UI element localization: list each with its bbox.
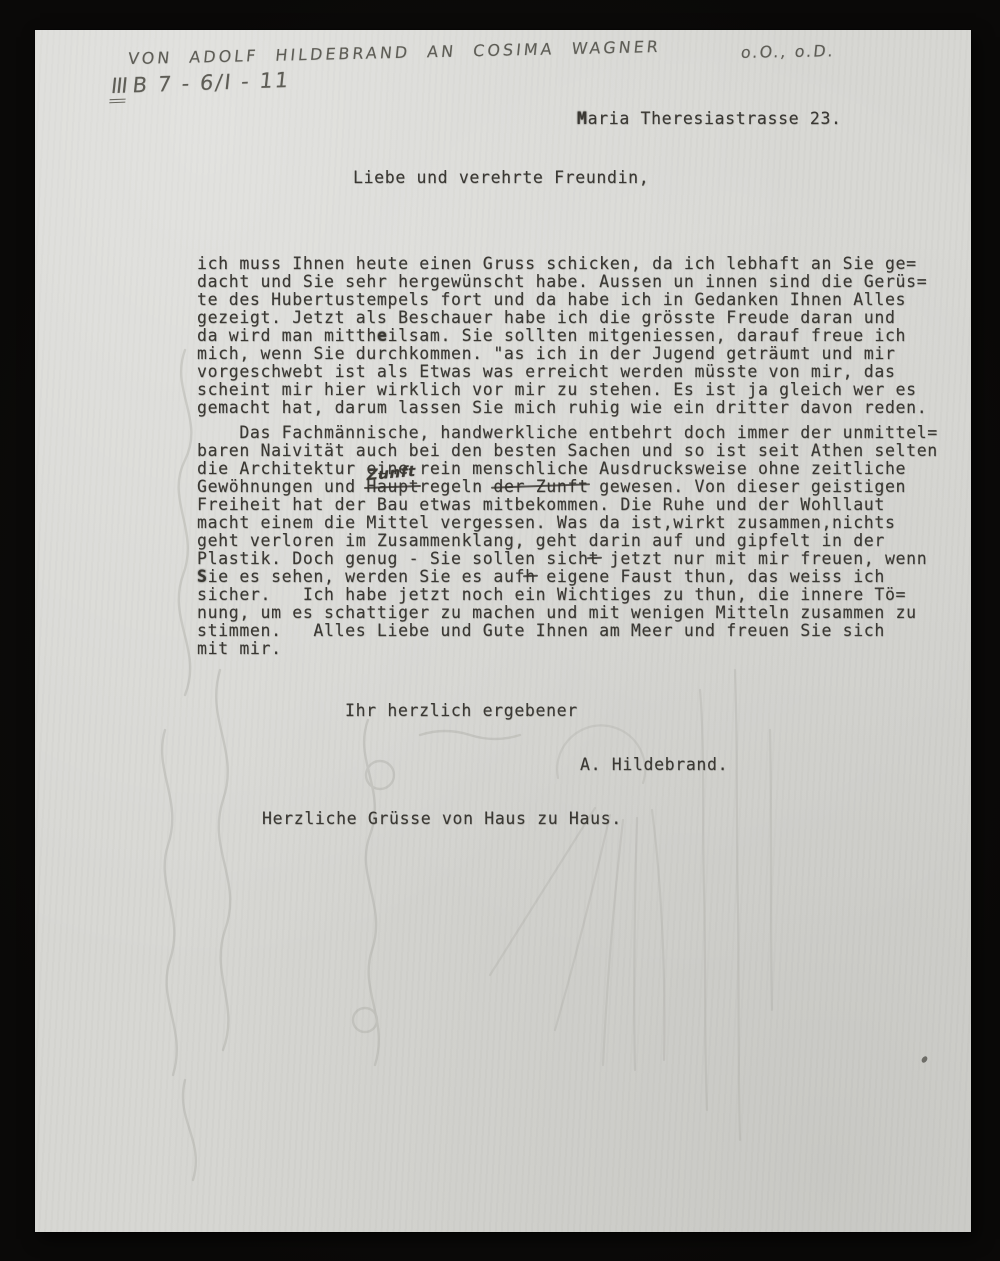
typed-line: baren Naivität auch bei den besten Sache… xyxy=(197,442,938,460)
typed-line: Plastik. Doch genug - Sie sollen sicht j… xyxy=(197,550,938,568)
typed-line: vorgeschwebt ist als Etwas was erreicht … xyxy=(197,363,938,381)
handwritten-correction: Zunft xyxy=(365,462,417,484)
archivist-note-no-place-no-date: o.O., o.D. xyxy=(740,41,836,62)
letter-signature: A. Hildebrand. xyxy=(580,756,938,774)
typed-line: gemacht hat, darum lassen Sie mich ruhig… xyxy=(197,399,938,417)
letter-closing: Ihr herzlich ergebener xyxy=(345,702,938,720)
archive-roman-numeral: III xyxy=(109,74,128,104)
typed-line: ich muss Ihnen heute einen Gruss schicke… xyxy=(197,255,938,273)
typed-line: mich, wenn Sie durchkommen. "as ich in d… xyxy=(197,345,938,363)
typed-line: gezeigt. Jetzt als Beschauer habe ich di… xyxy=(197,309,938,327)
typed-line: macht einem die Mittel vergessen. Was da… xyxy=(197,514,938,532)
typed-line: Sie es sehen, werden Sie es aufh eigene … xyxy=(197,568,938,586)
letter-salutation: Liebe und verehrte Freundin, xyxy=(353,169,649,187)
letter-closing-block: Ihr herzlich ergebener A. Hildebrand. He… xyxy=(197,666,938,864)
scanned-letter: VON ADOLF HILDEBRAND AN COSIMA WAGNER o.… xyxy=(0,0,1000,1261)
typed-line: Gewöhnungen und HauptZunftregeln der Zun… xyxy=(197,478,938,496)
archive-shelfmark: IIIB 7 - 6/I - 11 xyxy=(110,68,292,98)
typed-line: Das Fachmännische, handwerkliche entbehr… xyxy=(197,424,938,442)
typed-line: nung, um es schattiger zu machen und mit… xyxy=(197,604,938,622)
paper-speck xyxy=(920,1055,928,1064)
typed-line: stimmen. Alles Liebe und Gute Ihnen am M… xyxy=(197,622,938,640)
typed-line: da wird man mittheilsam. Sie sollten mit… xyxy=(197,327,938,345)
typed-line: die Architektur eine rein menschliche Au… xyxy=(197,460,938,478)
letter-page: VON ADOLF HILDEBRAND AN COSIMA WAGNER o.… xyxy=(35,30,971,1232)
typed-line: mit mir. xyxy=(197,640,938,658)
letter-body: ich muss Ihnen heute einen Gruss schicke… xyxy=(197,201,938,900)
archivist-note-sender: VON ADOLF HILDEBRAND AN COSIMA WAGNER xyxy=(127,37,662,68)
letter-postscript: Herzliche Grüsse von Haus zu Haus. xyxy=(262,810,938,828)
typed-line: Freiheit hat der Bau etwas mitbekommen. … xyxy=(197,496,938,514)
typed-line: dacht und Sie sehr hergewünscht habe. Au… xyxy=(197,273,938,291)
typed-line: te des Hubertustempels fort und da habe … xyxy=(197,291,938,309)
archive-number: B 7 - 6/I - 11 xyxy=(131,68,291,98)
letter-address: Maria Theresiastrasse 23. xyxy=(577,110,842,128)
typed-line: geht verloren im Zusammenklang, geht dar… xyxy=(197,532,938,550)
typed-line: sicher. Ich habe jetzt noch ein Wichtige… xyxy=(197,586,938,604)
typed-line: scheint mir hier wirklich vor mir zu ste… xyxy=(197,381,938,399)
